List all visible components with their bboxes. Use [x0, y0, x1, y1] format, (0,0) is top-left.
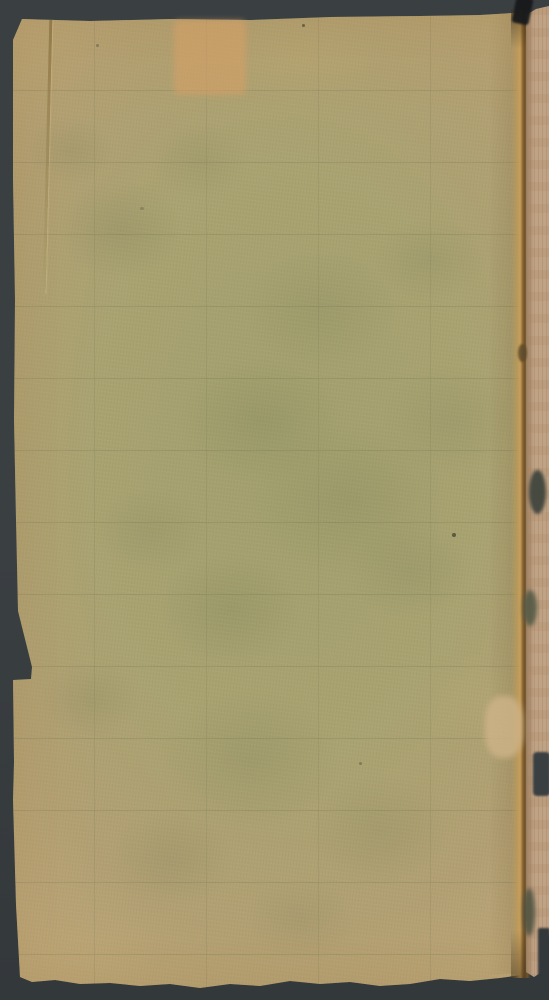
marks-layer	[0, 0, 549, 1000]
faded-orange-stamp	[174, 20, 246, 95]
repair-tan-patch	[485, 696, 523, 758]
binding-knot-mark	[518, 344, 527, 362]
paper-speck-3	[96, 44, 99, 47]
paper-speck-5	[359, 762, 362, 765]
binding-bottom-smudge	[523, 888, 535, 936]
edge-dark-blob	[529, 470, 546, 514]
corner-dark-cut	[538, 928, 549, 992]
scan-backing-board	[0, 0, 549, 1000]
paper-speck-1	[452, 533, 456, 537]
paper-speck-4	[140, 207, 144, 210]
binding-top-ink-mark	[511, 0, 533, 25]
edge-notch-dark	[533, 752, 549, 796]
paper-speck-2	[302, 24, 305, 27]
binding-green-smudge	[523, 590, 537, 626]
